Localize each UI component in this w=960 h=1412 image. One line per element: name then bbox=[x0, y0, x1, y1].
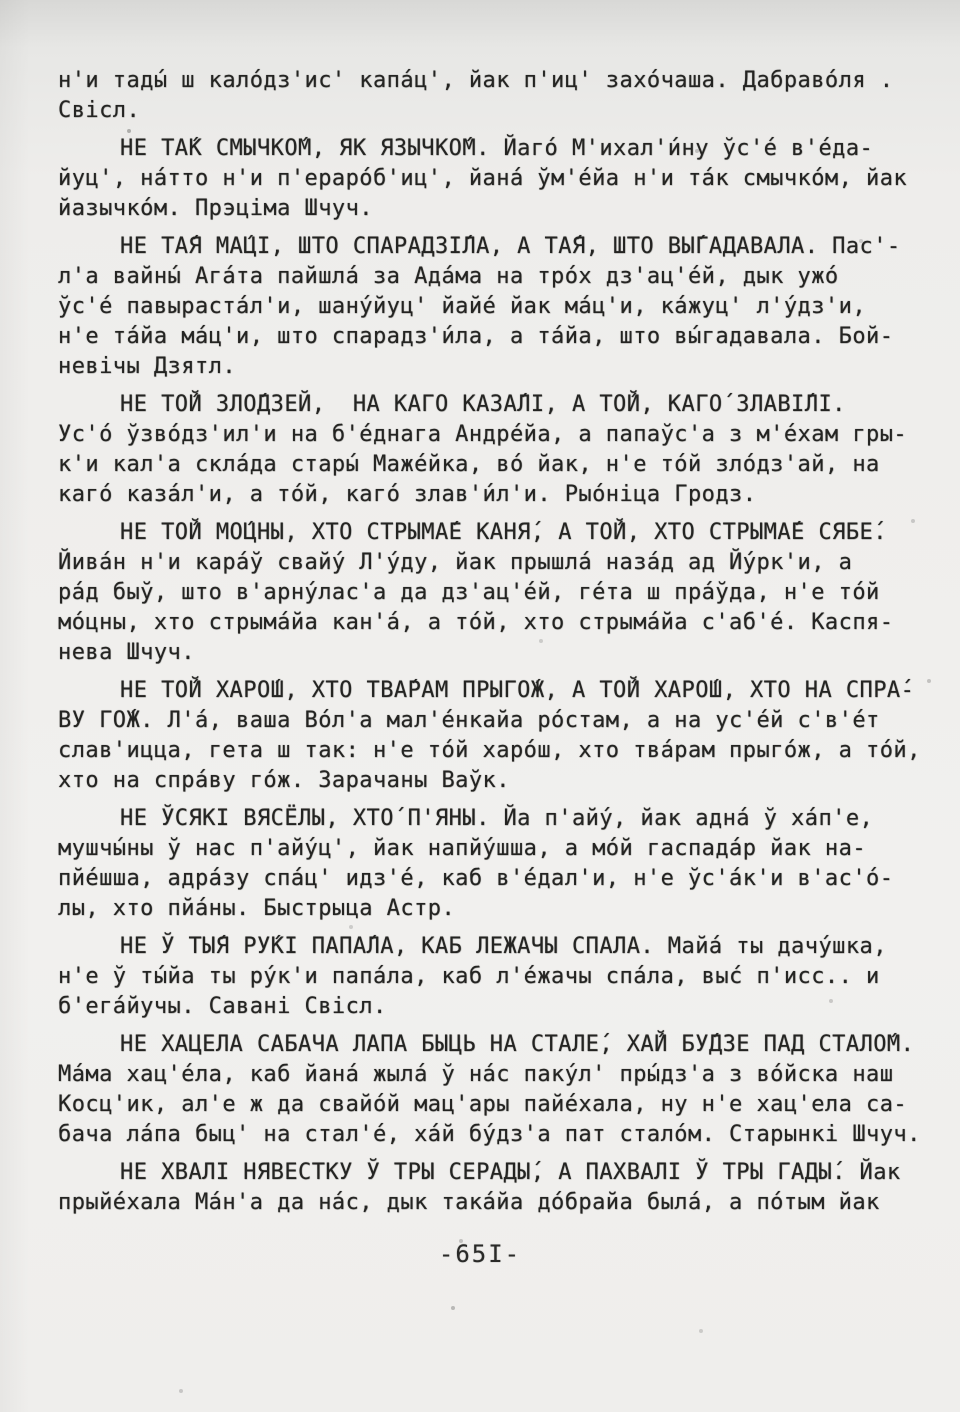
scanned-document-page: н'и тады́ ш кало́дз'ис' капа́ц', йак п'и… bbox=[0, 0, 960, 1412]
text-line: НЕ ТО́Й МО́ЦНЫ, ХТО СТРЫМА́Е КАНЯ́, А ТО… bbox=[58, 518, 918, 548]
text-line: нева Шчуч. bbox=[58, 638, 918, 668]
text-line: Ус'о́ ўзво́дз'ил'и на б'е́днага Андре́йа… bbox=[58, 420, 918, 450]
paragraph: н'и тады́ ш кало́дз'ис' капа́ц', йак п'и… bbox=[58, 66, 918, 126]
text-line: йазычко́м. Прэціма Шчуч. bbox=[58, 194, 918, 224]
text-line: НЕ ТО́Й ХАРО́Ш, ХТО ТВА́РАМ ПРЫГО́Ж, А Т… bbox=[58, 676, 918, 706]
text-line: мушчы́ны ў нас п'айу́ц', йак напйу́шша, … bbox=[58, 834, 918, 864]
text-line: йуц', на́тто н'и п'ераро́б'иц', йана́ ўм… bbox=[58, 164, 918, 194]
text-line: прыйе́хала Ма́н'а да на́с, дык така́йа д… bbox=[58, 1188, 918, 1218]
page-number: -65I- bbox=[0, 1240, 960, 1268]
text-line: ўс'е́ павыраста́л'и, шану́йуц' йайе́ йак… bbox=[58, 292, 918, 322]
text-line: НЕ ТА́К СМЫЧКО́М, ЯК ЯЗЫЧКО́М. Йаго́ М'и… bbox=[58, 134, 918, 164]
text-line: каго́ каза́л'и, а то́й, каго́ злав'и́л'и… bbox=[58, 480, 918, 510]
text-line: НЕ Ў ТЫ́Я РУ́КІ ПАПА́ЛА, КАБ ЛЕЖАЧЫ СПАЛ… bbox=[58, 932, 918, 962]
paragraph: НЕ ТА́К СМЫЧКО́М, ЯК ЯЗЫЧКО́М. Йаго́ М'и… bbox=[58, 134, 918, 224]
paper-specks bbox=[0, 0, 2, 2]
text-line: НЕ ТА́Я МА́ЦІ, ШТО СПАРАДЗІ́ЛА, А ТА́Я, … bbox=[58, 232, 918, 262]
paragraph: НЕ ТА́Я МА́ЦІ, ШТО СПАРАДЗІ́ЛА, А ТА́Я, … bbox=[58, 232, 918, 382]
text-line: Свісл. bbox=[58, 96, 918, 126]
text-line: н'и тады́ ш кало́дз'ис' капа́ц', йак п'и… bbox=[58, 66, 918, 96]
text-line: н'е та́йа ма́ц'и, што спарадз'и́ла, а та… bbox=[58, 322, 918, 352]
paragraph: НЕ ЎСЯКІ ВЯСЁЛЫ, ХТО́ П'ЯНЫ. Йа п'айу́, … bbox=[58, 804, 918, 924]
text-line: л'а вайны́ Ага́та пайшла́ за Ада́ма на т… bbox=[58, 262, 918, 292]
paragraph: НЕ ХВАЛІ НЯВЕСТКУ Ў ТРЫ СЕРАДЫ́, А ПАХВА… bbox=[58, 1158, 918, 1218]
paragraph: НЕ ТО́Й ЗЛО́ДЗЕЙ, НА КАГО КАЗА́ЛІ, А ТО́… bbox=[58, 390, 918, 510]
paragraph: НЕ ХАЦЕЛА САБАЧА ЛАПА БЫЦЬ НА СТАЛЕ́, ХА… bbox=[58, 1030, 918, 1150]
paragraph: НЕ ТО́Й МО́ЦНЫ, ХТО СТРЫМА́Е КАНЯ́, А ТО… bbox=[58, 518, 918, 668]
text-line: Йива́н н'и кара́ў свайу́ Л'у́ду, йак пры… bbox=[58, 548, 918, 578]
text-line: невічы Дзятл. bbox=[58, 352, 918, 382]
text-line: НЕ ХВАЛІ НЯВЕСТКУ Ў ТРЫ СЕРАДЫ́, А ПАХВА… bbox=[58, 1158, 918, 1188]
text-line: к'и кал'а скла́да стары́ Маже́йка, во́ й… bbox=[58, 450, 918, 480]
text-line: н'е ў ты́йа ты ру́к'и папа́ла, каб л'е́ж… bbox=[58, 962, 918, 992]
text-line: НЕ ЎСЯКІ ВЯСЁЛЫ, ХТО́ П'ЯНЫ. Йа п'айу́, … bbox=[58, 804, 918, 834]
text-line: лы, хто пйа́ны. Быстрыца Астр. bbox=[58, 894, 918, 924]
text-line: Косц'ик, ал'е ж да свайо́й мац'ары пайе́… bbox=[58, 1090, 918, 1120]
text-line: слав'ицца, гета ш так: н'е то́й харо́ш, … bbox=[58, 736, 918, 766]
text-block: н'и тады́ ш кало́дз'ис' капа́ц', йак п'и… bbox=[58, 66, 918, 1226]
text-line: ВУ ГО́Ж. Л'а́, ваша Во́л'а мал'е́нкайа р… bbox=[58, 706, 918, 736]
text-line: НЕ ТО́Й ЗЛО́ДЗЕЙ, НА КАГО КАЗА́ЛІ, А ТО́… bbox=[58, 390, 918, 420]
text-line: ра́д быў, што в'арну́лас'а да дз'ац'е́й,… bbox=[58, 578, 918, 608]
text-line: бача ла́па быц' на стал'е́, ха́й бу́дз'а… bbox=[58, 1120, 918, 1150]
text-line: Ма́ма хац'е́ла, каб йана́ жыла́ ў на́с п… bbox=[58, 1060, 918, 1090]
text-line: мо́цны, хто стрыма́йа кан'а́, а то́й, хт… bbox=[58, 608, 918, 638]
paragraph: НЕ ТО́Й ХАРО́Ш, ХТО ТВА́РАМ ПРЫГО́Ж, А Т… bbox=[58, 676, 918, 796]
text-line: б'ега́йучы. Савані Свісл. bbox=[58, 992, 918, 1022]
text-line: НЕ ХАЦЕЛА САБАЧА ЛАПА БЫЦЬ НА СТАЛЕ́, ХА… bbox=[58, 1030, 918, 1060]
paragraph: НЕ Ў ТЫ́Я РУ́КІ ПАПА́ЛА, КАБ ЛЕЖАЧЫ СПАЛ… bbox=[58, 932, 918, 1022]
text-line: пйе́шша, адра́зу спа́ц' идз'е́, каб в'е́… bbox=[58, 864, 918, 894]
text-line: хто на спра́ву го́ж. Зарачаны Ваўк. bbox=[58, 766, 918, 796]
